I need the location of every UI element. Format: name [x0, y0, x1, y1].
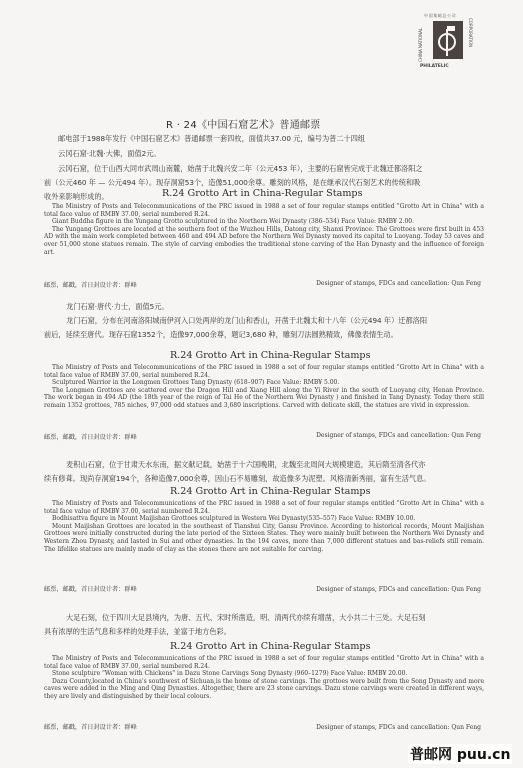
section-1-credit-en: Designer of stamps, FDCs and cancellatio…	[316, 280, 481, 287]
section-2-cn-2: 龙门石窟，分布在河南洛阳城南伊河入口处两岸的龙门山和香山，开凿于北魏太和十八年（…	[66, 315, 486, 327]
section-4-credit-en: Designer of stamps, FDCs and cancellatio…	[316, 724, 481, 731]
section-4-english: The Ministry of Posts and Telecommunicat…	[44, 655, 484, 701]
section-1-credit-cn: 邮票，邮戳，首日封设计者：群峰	[44, 280, 137, 289]
section-3-cn-2: 续有修葺。现尚存洞窟194个，各种造像7,000余尊，因山石不易雕刻，故造像多为…	[44, 473, 484, 485]
section-title-4: R.24 Grotto Art in China-Regular Stamps	[170, 641, 371, 652]
section-4-para-3: Dazu County,located in China's southwest…	[44, 678, 484, 701]
section-3-para-1: The Ministry of Posts and Telecommunicat…	[44, 500, 484, 515]
section-4-credit-cn: 邮票，邮戳，首日封设计者：群峰	[44, 722, 137, 731]
logo-chinese-text: 中国集邮总公司	[424, 13, 456, 19]
section-2-english: The Ministry of Posts and Telecommunicat…	[44, 364, 484, 410]
section-3-para-3: Mount Maijishan Grottoes are located in …	[44, 523, 484, 553]
section-3-credit-cn: 邮票，邮戳，首日封设计者：群峰	[44, 584, 137, 593]
section-2-cn-3: 前后，延续至唐代。现存石窟1352个，造像97,000余尊，题记3,680 种，…	[44, 329, 484, 341]
section-title-1: R.24 Grotto Art in China-Regular Stamps	[162, 188, 363, 199]
section-2-credit-cn: 邮票，邮戳，首日封设计者：群峰	[44, 432, 137, 441]
intro-line-1: 邮电部于1988年发行《中国石窟艺术》普通邮票一套四枚，面值共37.00 元，编…	[58, 133, 478, 145]
section-3-credit-en: Designer of stamps, FDCs and cancellatio…	[316, 586, 481, 593]
section-1-english: The Ministry of Posts and Telecommunicat…	[44, 203, 484, 256]
page-title: R · 24《中国石窟艺术》普通邮票	[166, 116, 321, 131]
section-4-para-1: The Ministry of Posts and Telecommunicat…	[44, 655, 484, 670]
logo-right-text: CORPORATION	[465, 18, 473, 66]
section-3-cn-1: 麦积山石窟，位于甘肃天水东南，据文献记载，始凿于十六国晚期，北魏至北周间大规模建…	[66, 459, 486, 471]
section-1-para-3: The Yungang Grottoes are located at the …	[44, 226, 484, 256]
site-watermark: 普邮网 puu.cn	[408, 744, 512, 764]
logo-left-text: CHINA NATIONAL	[418, 22, 426, 62]
section-3-english: The Ministry of Posts and Telecommunicat…	[44, 500, 484, 553]
section-2-para-1: The Ministry of Posts and Telecommunicat…	[44, 364, 484, 379]
section-2-credit-en: Designer of stamps, FDCs and cancellatio…	[316, 432, 481, 439]
section-2-para-2: Sculptured Warrior in the Longmen Grotto…	[44, 379, 484, 387]
intro-line-2: 云冈石窟·北魏·大佛，面值2元。	[58, 148, 478, 160]
section-4-cn-2: 具有浓厚的生活气息和多样的处理手法，並富于地方色彩。	[44, 626, 484, 638]
section-title-2: R.24 Grotto Art in China-Regular Stamps	[170, 350, 371, 361]
logo-bottom-text: PHILATELIC	[420, 64, 449, 69]
section-4-para-2: Stone sculpture "Woman with Chickens" in…	[44, 670, 484, 678]
intro-line-3: 云冈石窟，位于山西大同市武周山南麓，始凿于北魏兴安二年（公元453 年），主要的…	[58, 163, 478, 175]
section-2-cn-1: 龙门石窟·唐代·力士，面值5元。	[66, 301, 486, 313]
section-1-para-2: Giant Buddha figure in the Yungang Grott…	[44, 218, 484, 226]
section-title-3: R.24 Grotto Art in China-Regular Stamps	[170, 486, 371, 497]
section-1-para-1: The Ministry of Posts and Telecommunicat…	[44, 203, 484, 218]
philatelic-logo-icon	[433, 21, 463, 59]
section-2-para-3: The Longmen Grottoes are scattered over …	[44, 387, 484, 410]
section-3-para-2: Bodhisattva figure in Mount Maijishan Gr…	[44, 515, 484, 523]
section-4-cn-1: 大足石刻，位于四川大足县境内，为唐、五代、宋时所凿造，明、清两代亦续有增凿，大小…	[66, 612, 486, 624]
